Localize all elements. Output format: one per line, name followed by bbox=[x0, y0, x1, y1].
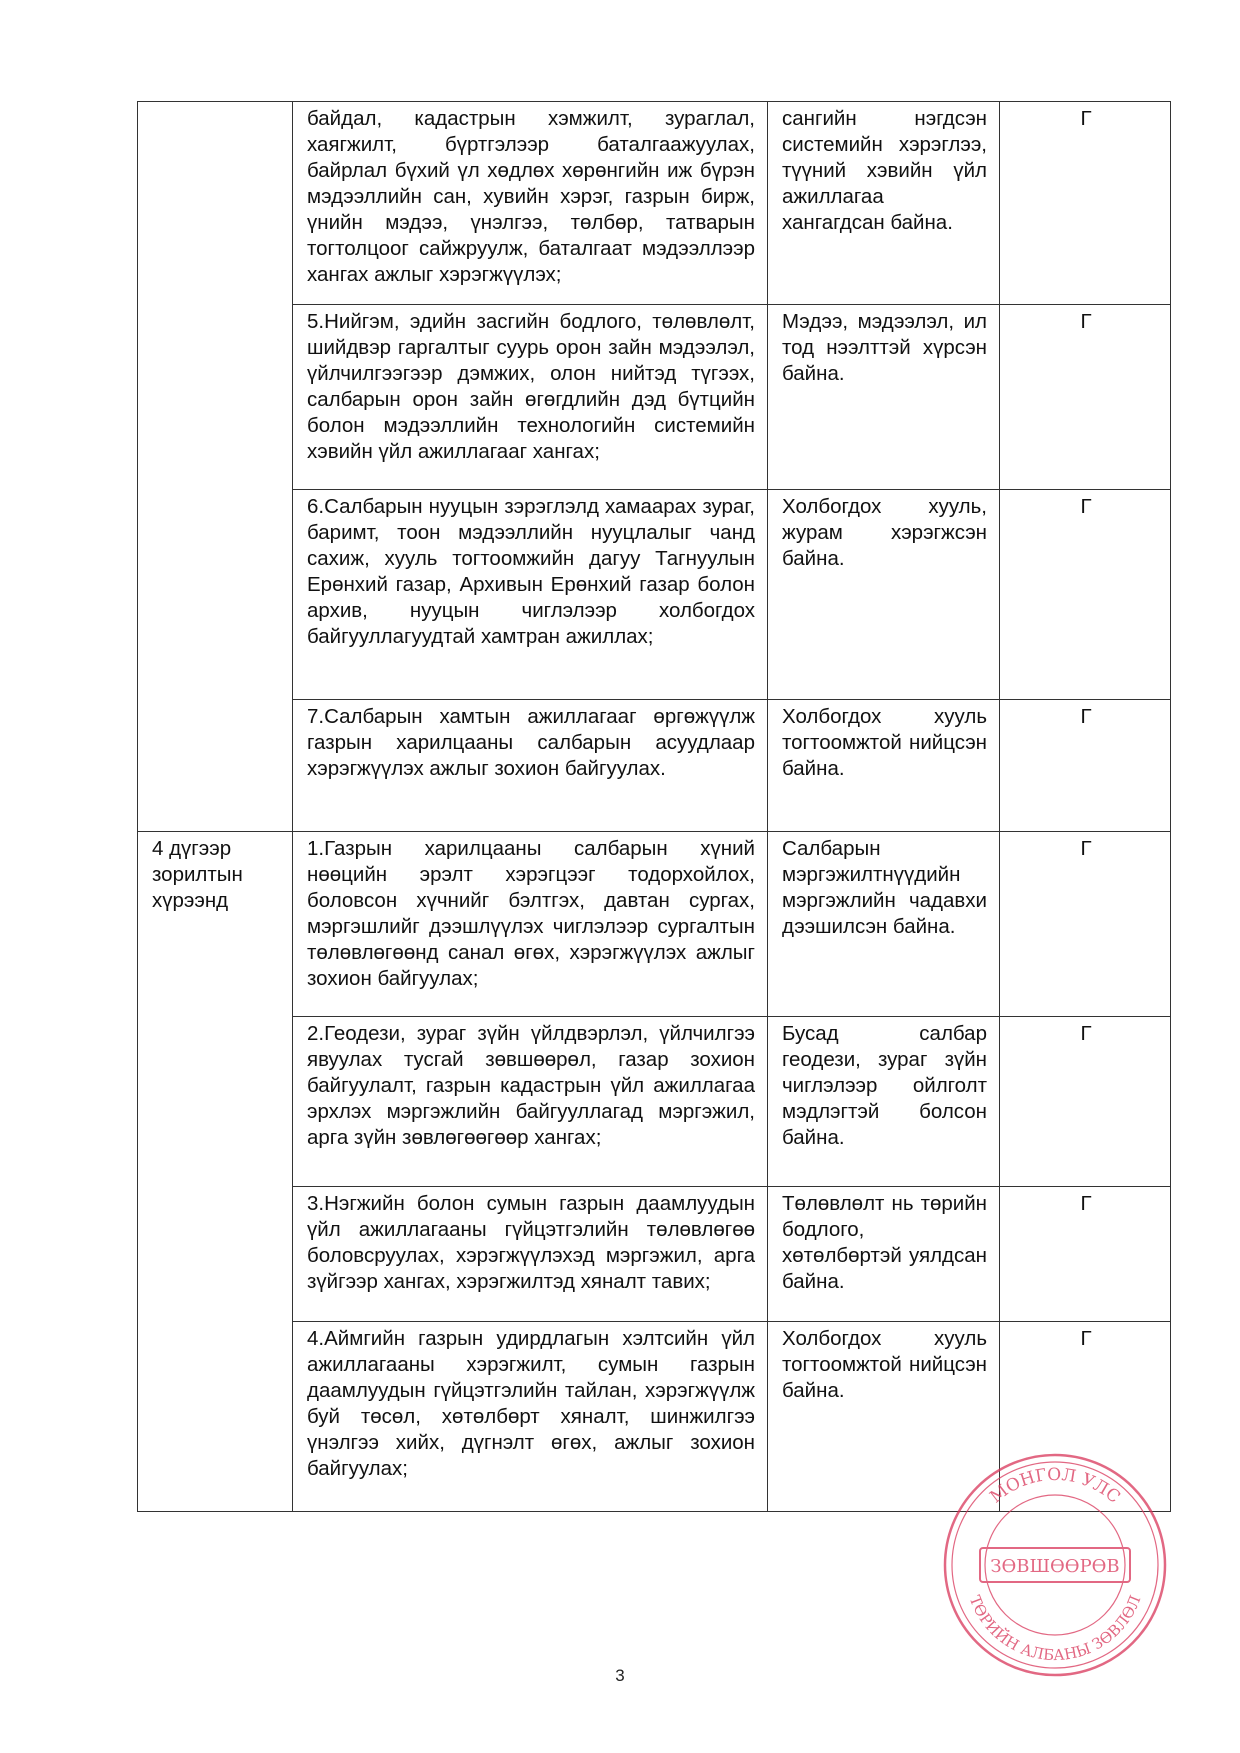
result-cell: Мэдээ, мэдээлэл, ил тод нээлттэй хүрсэн … bbox=[768, 305, 1000, 490]
table-row: байдал, кадастрын хэмжилт, зураглал, хая… bbox=[138, 102, 1171, 305]
table-row: 5.Нийгэм, эдийн засгийн бодлого, төлөвлө… bbox=[138, 305, 1171, 490]
result-cell: Бусад салбар геодези, зураг зүйн чиглэлэ… bbox=[768, 1017, 1000, 1187]
table-row: 2.Геодези, зураг зүйн үйлдвэрлэл, үйлчил… bbox=[138, 1017, 1171, 1187]
table-row: 4 дүгээр зорилтын хүрээнд 1.Газрын харил… bbox=[138, 832, 1171, 1017]
task-cell: 2.Геодези, зураг зүйн үйлдвэрлэл, үйлчил… bbox=[293, 1017, 768, 1187]
task-cell: 6.Салбарын нууцын зэрэглэлд хамаарах зур… bbox=[293, 490, 768, 700]
result-cell: Холбогдох хууль, журам хэрэгжсэн байна. bbox=[768, 490, 1000, 700]
stamp-middle-text: ЗӨВШӨӨРӨВ bbox=[990, 1556, 1119, 1577]
task-cell: байдал, кадастрын хэмжилт, зураглал, хая… bbox=[293, 102, 768, 305]
task-cell: 4.Аймгийн газрын удирдлагын хэлтсийн үйл… bbox=[293, 1322, 768, 1512]
svg-text:ТӨРИЙН АЛБАНЫ ЗӨВЛӨЛ: ТӨРИЙН АЛБАНЫ ЗӨВЛӨЛ bbox=[966, 1593, 1145, 1664]
result-cell: Холбогдох хууль тогтоомжтой нийцсэн байн… bbox=[768, 1322, 1000, 1512]
document-page: байдал, кадастрын хэмжилт, зураглал, хая… bbox=[0, 0, 1240, 1753]
grade-cell: Г bbox=[1000, 700, 1171, 832]
page-number: 3 bbox=[0, 1666, 1240, 1686]
plan-table: байдал, кадастрын хэмжилт, зураглал, хая… bbox=[137, 101, 1171, 1512]
goal-label: 4 дүгээр зорилтын хүрээнд bbox=[138, 832, 293, 1512]
table-row: 3.Нэгжийн болон сумын газрын даамлуудын … bbox=[138, 1187, 1171, 1322]
result-cell: сангийн нэгдсэн системийн хэрэглээ, түүн… bbox=[768, 102, 1000, 305]
grade-cell: Г bbox=[1000, 305, 1171, 490]
grade-cell: Г bbox=[1000, 1322, 1171, 1512]
result-cell: Салбарын мэргэжилтнүүдийн мэргэжлийн чад… bbox=[768, 832, 1000, 1017]
table-row: 6.Салбарын нууцын зэрэглэлд хамаарах зур… bbox=[138, 490, 1171, 700]
table-row: 4.Аймгийн газрын удирдлагын хэлтсийн үйл… bbox=[138, 1322, 1171, 1512]
result-cell: Холбогдох хууль тогтоомжтой нийцсэн байн… bbox=[768, 700, 1000, 832]
grade-cell: Г bbox=[1000, 490, 1171, 700]
goal-cell-empty bbox=[138, 102, 293, 832]
grade-cell: Г bbox=[1000, 102, 1171, 305]
grade-cell: Г bbox=[1000, 1187, 1171, 1322]
grade-cell: Г bbox=[1000, 1017, 1171, 1187]
task-cell: 1.Газрын харилцааны салбарын хүний нөөци… bbox=[293, 832, 768, 1017]
stamp-bottom-text: ТӨРИЙН АЛБАНЫ ЗӨВЛӨЛ bbox=[966, 1593, 1145, 1664]
task-cell: 5.Нийгэм, эдийн засгийн бодлого, төлөвлө… bbox=[293, 305, 768, 490]
task-cell: 3.Нэгжийн болон сумын газрын даамлуудын … bbox=[293, 1187, 768, 1322]
result-cell: Төлөвлөлт нь төрийн бодлого, хөтөлбөртэй… bbox=[768, 1187, 1000, 1322]
grade-cell: Г bbox=[1000, 832, 1171, 1017]
table-row: 7.Салбарын хамтын ажиллагааг өргөжүүлж г… bbox=[138, 700, 1171, 832]
task-cell: 7.Салбарын хамтын ажиллагааг өргөжүүлж г… bbox=[293, 700, 768, 832]
